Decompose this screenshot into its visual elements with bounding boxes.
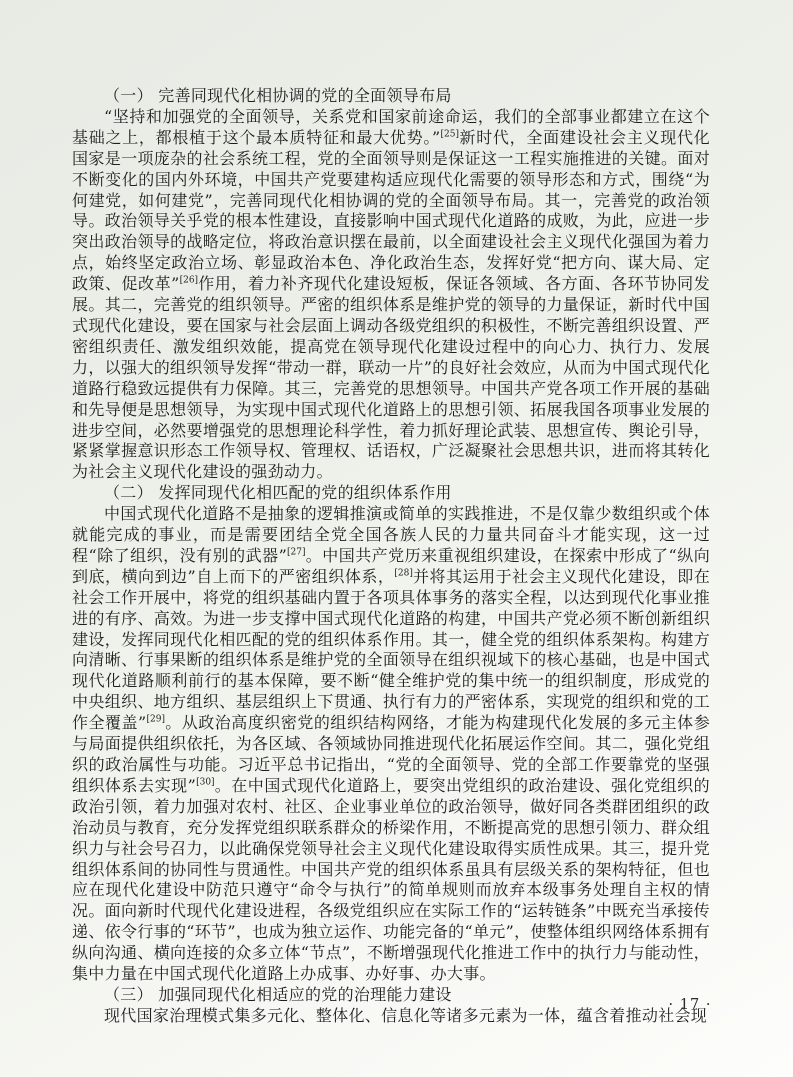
text-run: 。在中国式现代化道路上，要突出党组织的政治建设、强化党组织的政治引领，着力加强对… (72, 776, 710, 983)
text-run: 新时代，全面建设社会主义现代化国家是一项庞杂的社会系统工程，党的全面领导则是保证… (72, 128, 710, 293)
section-heading: （三） 加强同现代化相适应的党的治理能力建设 (72, 985, 710, 1006)
section-heading: （二） 发挥同现代化相匹配的党的组织体系作用 (72, 483, 710, 504)
text-run: 并将其运用于社会主义现代化建设，即在社会工作开展中，将党的组织基础内置于各项具体… (72, 567, 710, 732)
footnote-reference: [25] (441, 129, 459, 139)
footnote-reference: [30] (196, 778, 214, 788)
document-page: （一） 完善同现代化相协调的党的全面领导布局“坚持和加强党的全面领导，关系党和国… (0, 0, 793, 1077)
footnote-reference: [27] (287, 548, 305, 558)
body-paragraph: “坚持和加强党的全面领导，关系党和国家前途命运，我们的全部事业都建立在这个基础之… (72, 107, 710, 483)
body-paragraph: 中国式现代化道路不是抽象的逻辑推演或简单的实践推进，不是仅靠少数组织或个体就能完… (72, 504, 710, 985)
article-body: （一） 完善同现代化相协调的党的全面领导布局“坚持和加强党的全面领导，关系党和国… (72, 86, 710, 1027)
footnote-reference: [28] (394, 569, 412, 579)
text-run: 作用，着力补齐现代化建设短板，保证各领域、各方面、各环节协同发展。其二，完善党的… (72, 274, 710, 481)
text-run: （二） 发挥同现代化相匹配的党的组织体系作用 (104, 483, 452, 502)
text-run: （三） 加强同现代化相适应的党的治理能力建设 (104, 985, 452, 1004)
footnote-reference: [26] (180, 276, 198, 286)
text-run: 现代国家治理模式集多元化、整体化、信息化等诸多元素为一体，蕴含着推动社会现 (104, 1006, 707, 1025)
footnote-reference: [29] (147, 715, 165, 725)
body-paragraph: 现代国家治理模式集多元化、整体化、信息化等诸多元素为一体，蕴含着推动社会现 (72, 1006, 710, 1027)
text-run: （一） 完善同现代化相协调的党的全面领导布局 (104, 86, 452, 105)
section-heading: （一） 完善同现代化相协调的党的全面领导布局 (72, 86, 710, 107)
page-number: · 17 · (660, 997, 720, 1013)
